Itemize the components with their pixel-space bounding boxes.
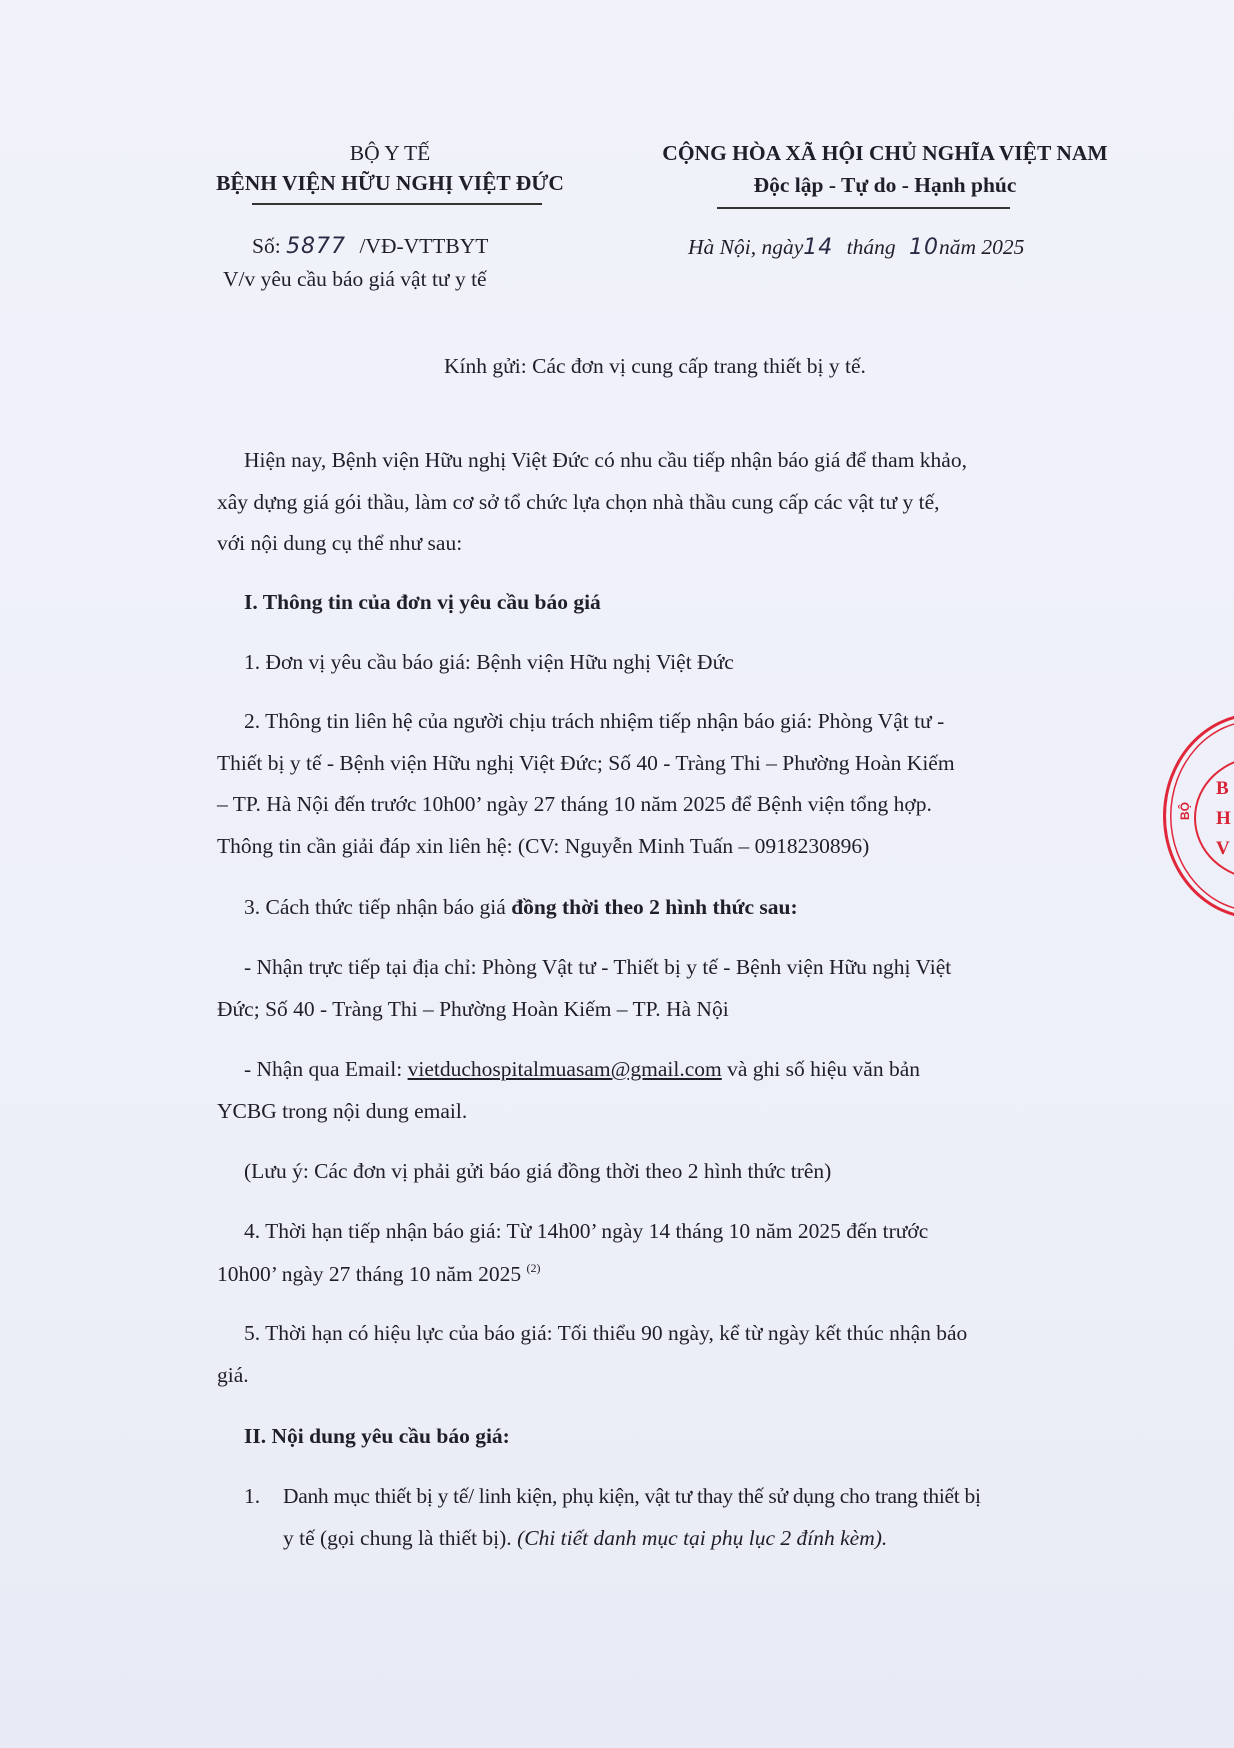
recipient-line: Kính gửi: Các đơn vị cung cấp trang thiế…: [444, 354, 866, 379]
email-suffix: và ghi số hiệu văn bản: [722, 1057, 920, 1081]
section-2-item-1-line-1: Danh mục thiết bị y tế/ linh kiện, phụ k…: [283, 1484, 981, 1509]
document-number: Số: 5877 /VĐ-VTTBYT: [252, 234, 488, 259]
section-2-title: II. Nội dung yêu cầu báo giá:: [244, 1424, 510, 1449]
ministry-name: BỘ Y TẾ: [150, 141, 630, 166]
section-1-item-5-line-1: 5. Thời hạn có hiệu lực của báo giá: Tối…: [244, 1321, 967, 1346]
motto-underline: [717, 207, 1010, 209]
document-number-label: Số:: [252, 234, 281, 258]
stamp-letter-h: H: [1216, 808, 1231, 830]
intro-line-3: với nội dung cụ thể như sau:: [217, 531, 462, 556]
stamp-letter-b: B: [1216, 778, 1229, 800]
section-1-item-1: 1. Đơn vị yêu cầu báo giá: Bệnh viện Hữu…: [244, 650, 734, 675]
email-prefix: - Nhận qua Email:: [244, 1057, 408, 1081]
submission-note: (Lưu ý: Các đơn vị phải gửi báo giá đồng…: [244, 1159, 831, 1184]
section-2-item-1-line-2: y tế (gọi chung là thiết bị). (Chi tiết …: [283, 1526, 887, 1551]
document-date: Hà Nội, ngày14 tháng 10năm 2025: [688, 235, 1024, 260]
date-prefix: Hà Nội, ngày: [688, 235, 803, 259]
email-link[interactable]: vietduchospitalmuasam@gmail.com: [408, 1057, 722, 1081]
hospital-name: BỆNH VIỆN HỮU NGHỊ VIỆT ĐỨC: [150, 171, 630, 196]
direct-delivery-line-1: - Nhận trực tiếp tại địa chỉ: Phòng Vật …: [244, 955, 951, 980]
section-2-item-1-number: 1.: [244, 1484, 260, 1509]
section-1-title: I. Thông tin của đơn vị yêu cầu báo giá: [244, 590, 601, 615]
footnote-marker: (2): [527, 1261, 541, 1275]
section-1-item-5-line-2: giá.: [217, 1363, 249, 1388]
section-1-item-4-line-2: 10h00’ ngày 27 tháng 10 năm 2025 (2): [217, 1261, 541, 1287]
document-number-handwritten: 5877: [286, 234, 346, 259]
section-1-item-2-line-2: Thiết bị y tế - Bệnh viện Hữu nghị Việt …: [217, 751, 955, 776]
section-1-item-2-line-4: Thông tin cần giải đáp xin liên hệ: (CV:…: [217, 834, 869, 859]
date-year: năm 2025: [939, 235, 1024, 259]
section-1-item-4-line-1: 4. Thời hạn tiếp nhận báo giá: Từ 14h00’…: [244, 1219, 928, 1244]
document-subject: V/v yêu cầu báo giá vật tư y tế: [223, 267, 487, 292]
item-1-line-2-text: y tế (gọi chung là thiết bị).: [283, 1526, 517, 1550]
stamp-letter-v: V: [1216, 838, 1230, 860]
item-3-lead-bold: đồng thời theo 2 hình thức sau:: [511, 895, 797, 919]
document-page: BỘ Y TẾ BỆNH VIỆN HỮU NGHỊ VIỆT ĐỨC CỘNG…: [0, 0, 1234, 1748]
email-delivery-line-1: - Nhận qua Email: vietduchospitalmuasam@…: [244, 1057, 920, 1082]
date-month-handwritten: 10: [909, 235, 939, 260]
stamp-side-text: BỘ: [1178, 802, 1192, 820]
email-delivery-line-2: YCBG trong nội dung email.: [217, 1099, 467, 1124]
appendix-reference: (Chi tiết danh mục tại phụ lục 2 đính kè…: [517, 1526, 887, 1550]
nation-name: CỘNG HÒA XÃ HỘI CHỦ NGHĨA VIỆT NAM: [615, 141, 1155, 166]
official-stamp: B H V BỘ: [1163, 713, 1234, 919]
item-4-line-2-text: 10h00’ ngày 27 tháng 10 năm 2025: [217, 1262, 527, 1286]
item-3-lead: 3. Cách thức tiếp nhận báo giá: [244, 895, 511, 919]
intro-line-1: Hiện nay, Bệnh viện Hữu nghị Việt Đức có…: [244, 448, 967, 473]
motto: Độc lập - Tự do - Hạnh phúc: [615, 173, 1155, 198]
section-1-item-3: 3. Cách thức tiếp nhận báo giá đồng thời…: [244, 895, 798, 920]
document-number-suffix: /VĐ-VTTBYT: [359, 234, 488, 258]
date-day-handwritten: 14: [803, 235, 833, 260]
date-month-label: tháng: [847, 235, 896, 259]
intro-line-2: xây dựng giá gói thầu, làm cơ sở tổ chức…: [217, 490, 940, 515]
section-1-item-2-line-1: 2. Thông tin liên hệ của người chịu trác…: [244, 709, 944, 734]
hospital-underline: [252, 203, 542, 205]
section-1-item-2-line-3: – TP. Hà Nội đến trước 10h00’ ngày 27 th…: [217, 792, 932, 817]
direct-delivery-line-2: Đức; Số 40 - Tràng Thi – Phường Hoàn Kiế…: [217, 997, 729, 1022]
